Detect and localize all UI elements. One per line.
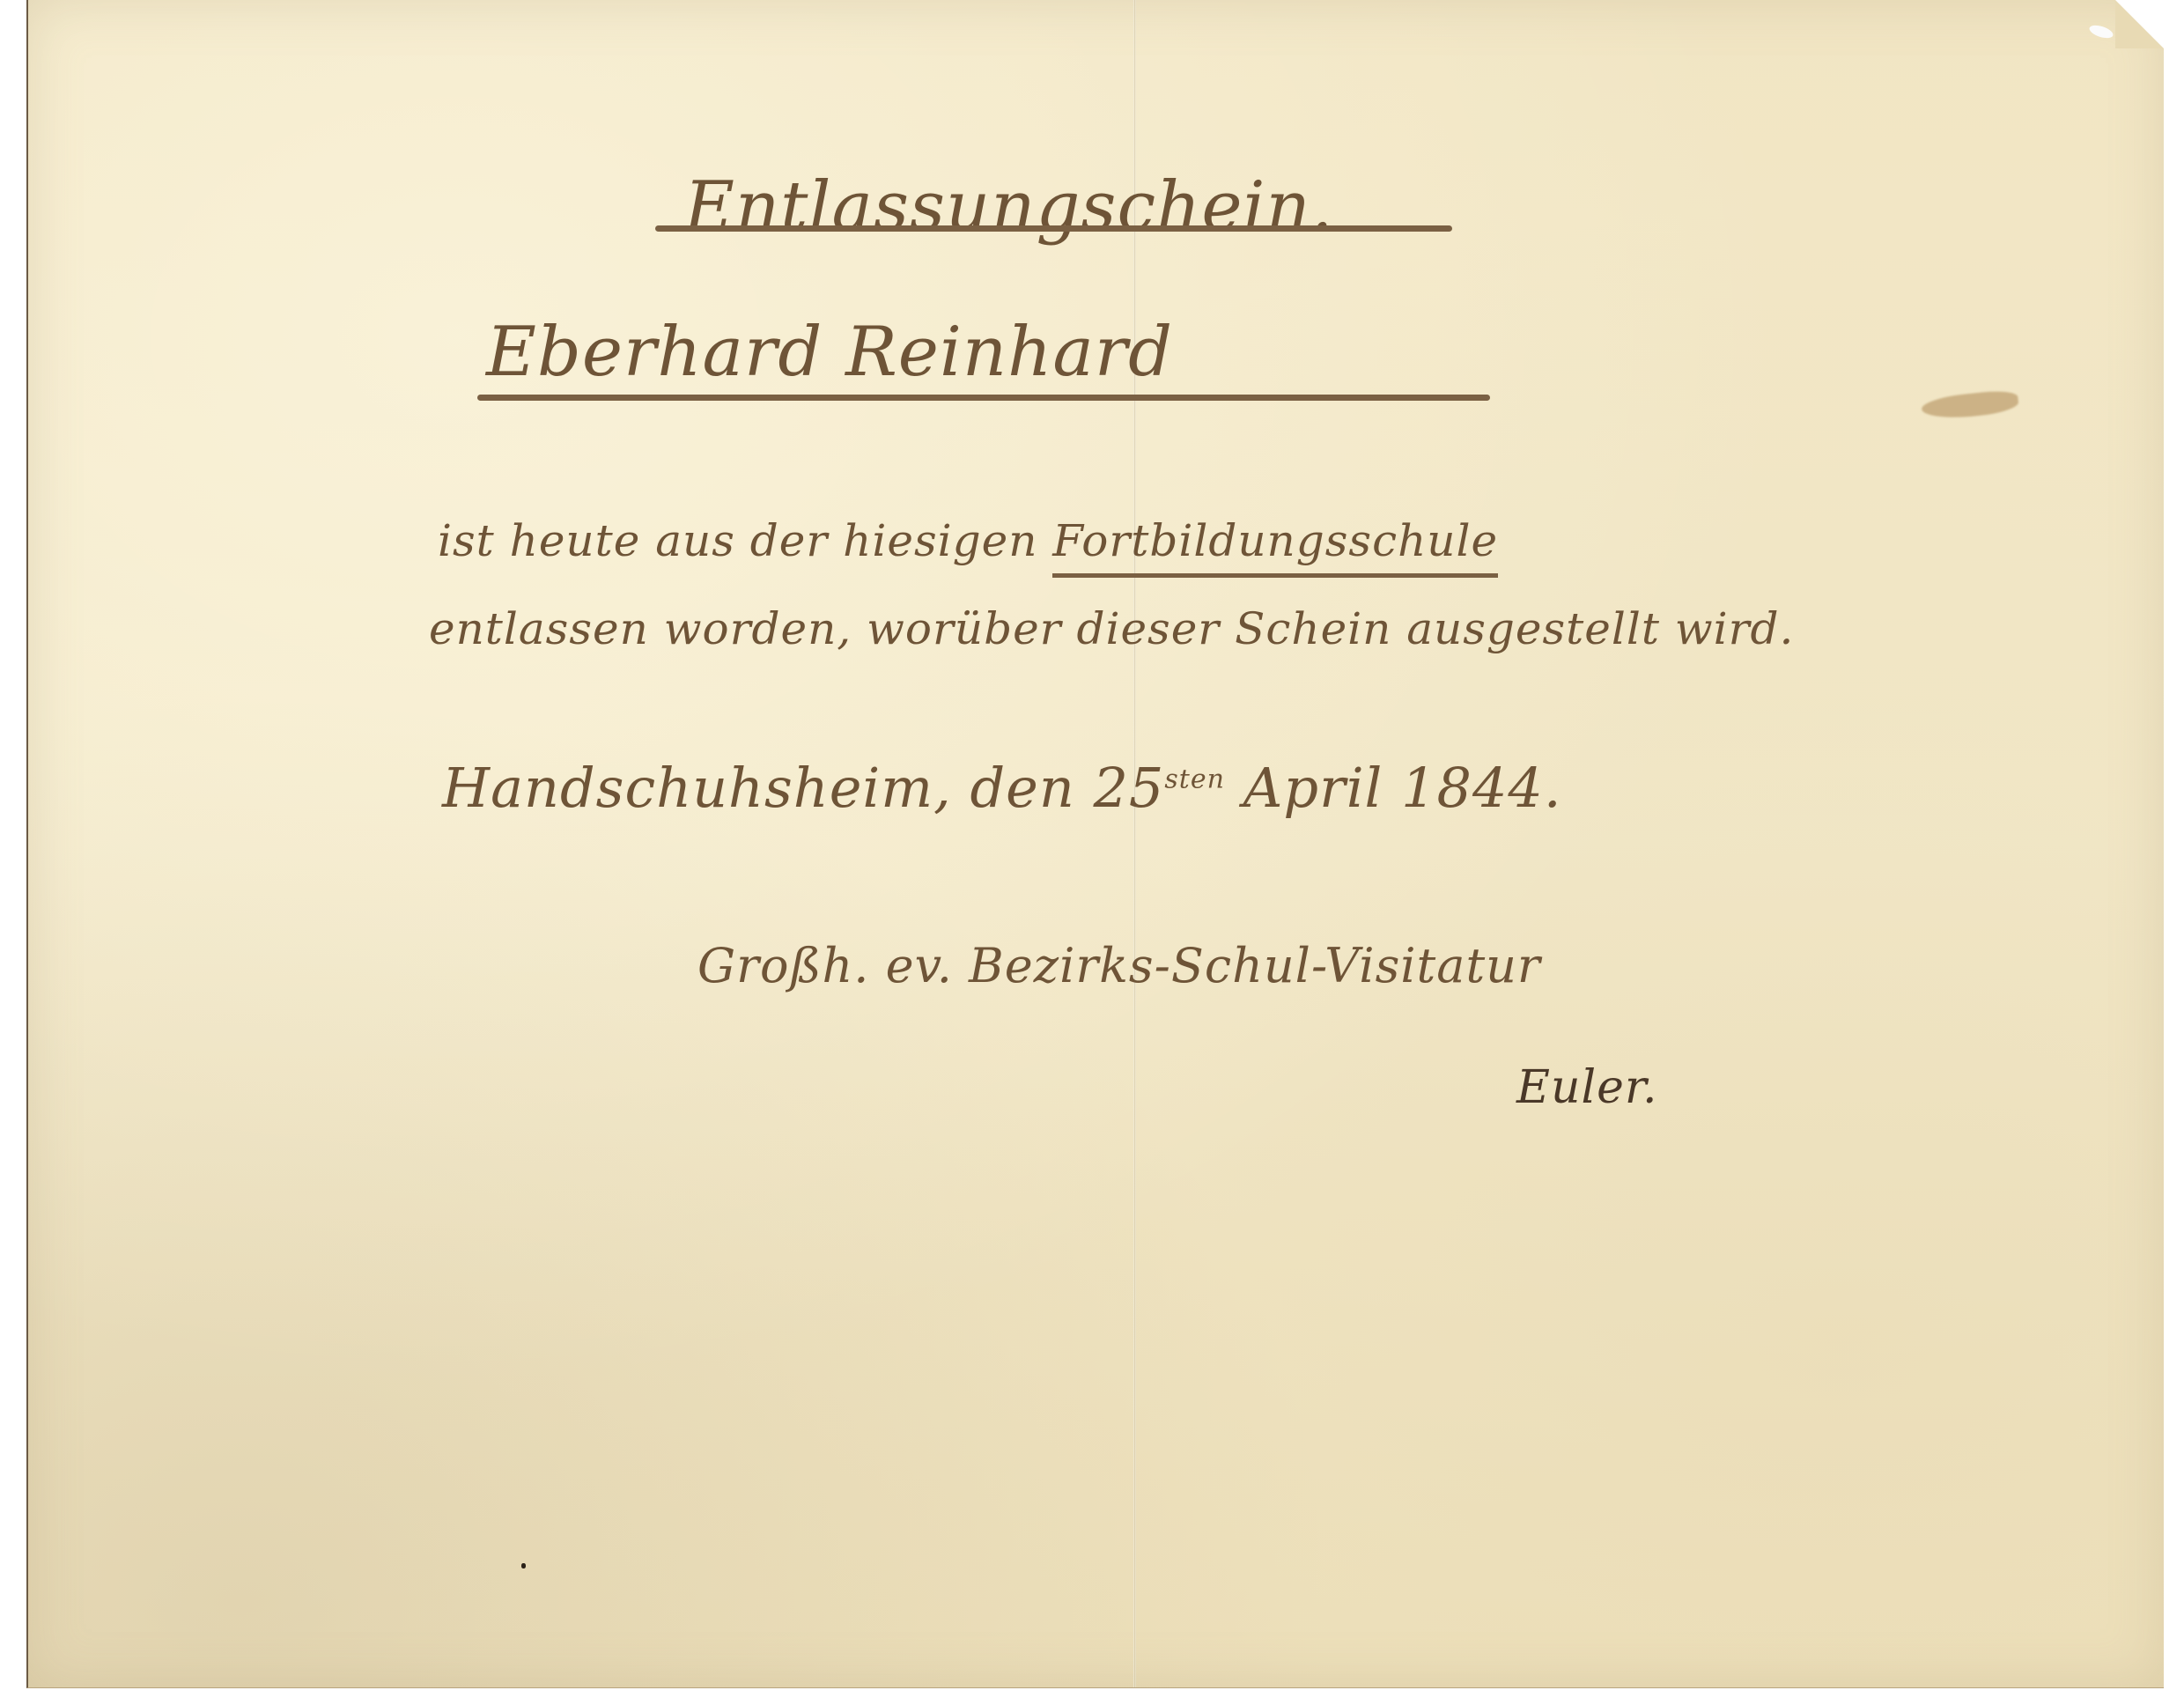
issuing-authority: Großh. ev. Bezirks-Schul-Visitatur	[697, 938, 1541, 993]
paper-fold-crease	[1133, 0, 1136, 1687]
paper-hole	[2088, 23, 2114, 41]
body-line-1: ist heute aus der hiesigen Fortbildungss…	[438, 515, 1498, 566]
name-underline	[477, 395, 1490, 401]
ink-speck	[521, 1563, 526, 1568]
body-line-2: entlassen worden, worüber dieser Schein …	[429, 603, 1794, 654]
document-paper: Entlassungschein. Eberhard Reinhard ist …	[26, 0, 2164, 1688]
folded-corner	[2115, 0, 2164, 48]
body-line-1-text: ist heute aus der hiesigen	[438, 515, 1052, 566]
day-suffix: sten	[1164, 764, 1225, 794]
school-name: Fortbildungsschule	[1052, 515, 1498, 578]
signature: Euler.	[1516, 1061, 1658, 1114]
place: Handschuhsheim, den	[442, 756, 1093, 820]
place-date-line: Handschuhsheim, den 25sten April 1844.	[442, 756, 1562, 820]
month-year: April 1844.	[1225, 756, 1562, 820]
title-underline	[655, 225, 1452, 232]
person-name: Eberhard Reinhard	[486, 313, 1173, 392]
document-title: Entlassungschein.	[684, 167, 1334, 247]
ink-stain	[1921, 388, 2019, 421]
day: 25	[1093, 756, 1164, 820]
